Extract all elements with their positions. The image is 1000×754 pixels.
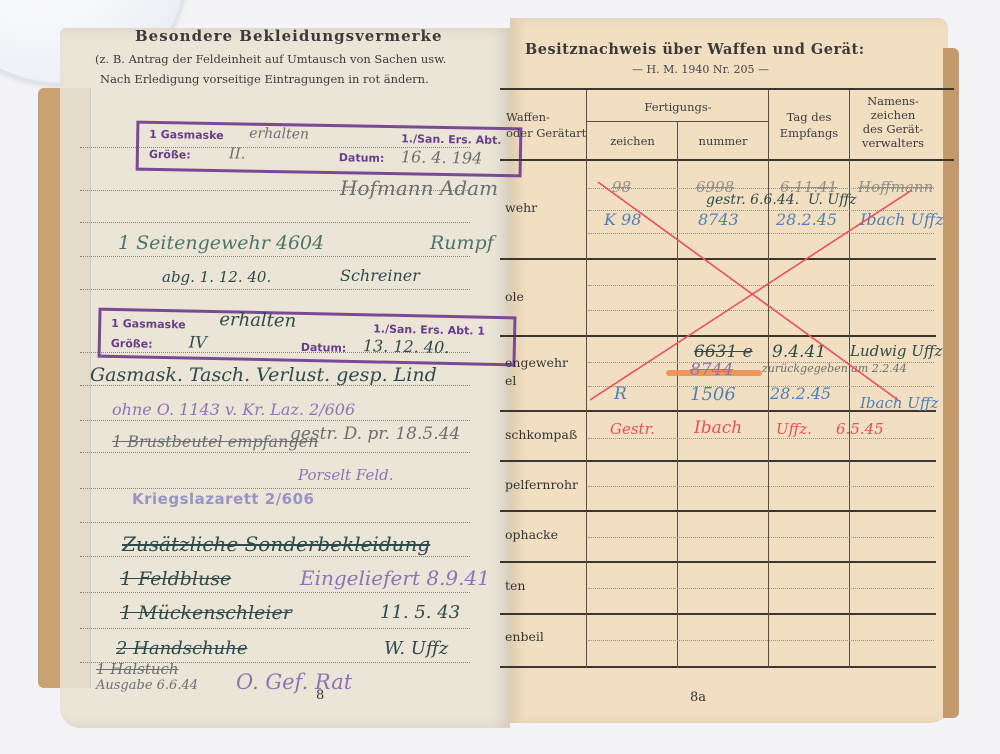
ruled-line bbox=[80, 256, 470, 257]
cell-nummer: Ibach bbox=[694, 418, 742, 438]
header-zeichen: zeichen bbox=[588, 134, 677, 148]
cell-nummer: 1506 bbox=[690, 384, 736, 405]
entry-item-3: 2 Handschuhe bbox=[116, 638, 247, 659]
dotted-line bbox=[588, 233, 934, 234]
stamp-date-label: Datum: bbox=[339, 151, 385, 165]
cell-namen: 6.5.45 bbox=[836, 420, 884, 438]
cell-nummer: 6631 e bbox=[694, 342, 753, 362]
row-divider bbox=[500, 460, 936, 462]
signature-hofmann: Hofmann Adam bbox=[340, 176, 498, 200]
row-divider bbox=[500, 613, 936, 615]
stamp-size-value: II. bbox=[229, 144, 246, 162]
cell-tag: 9.4.41 bbox=[772, 342, 826, 362]
header-waffenart-1: Waffen- bbox=[506, 110, 550, 124]
row-label-gewehr: wehr bbox=[505, 200, 537, 215]
left-page-number: 8 bbox=[316, 688, 324, 703]
ruled-line bbox=[80, 628, 470, 629]
row-divider bbox=[500, 335, 936, 337]
stamp-date-value: 16. 4. 194 bbox=[401, 147, 483, 167]
row-label-marschkompass: schkompaß bbox=[505, 427, 577, 442]
dotted-line bbox=[588, 386, 934, 387]
dotted-line bbox=[588, 486, 934, 487]
ruled-line bbox=[80, 289, 470, 290]
header-fertigungs: Fertigungs- bbox=[588, 100, 768, 114]
entry-zusaetzliche-sonderbekleidung: Zusätzliche Sonderbekleidung bbox=[122, 532, 430, 556]
entry-item-2-date: 11. 5. 43 bbox=[380, 602, 460, 623]
entry-item-1: 1 Feldbluse bbox=[120, 568, 231, 590]
dotted-line bbox=[588, 537, 934, 538]
ruled-line bbox=[80, 452, 470, 453]
ruled-line bbox=[80, 522, 470, 523]
right-page-subtitle: — H. M. 1940 Nr. 205 — bbox=[632, 63, 769, 76]
cell-zeichen: K 98 bbox=[604, 210, 641, 229]
entry-signature-porselt: Porselt Feld. bbox=[298, 466, 394, 484]
row-label-stiefel: el bbox=[505, 373, 516, 388]
gasmask-stamp-2: 1 Gasmaske erhalten 1./San. Ers. Abt. 1 … bbox=[98, 308, 517, 367]
stamp-unit: 1./San. Ers. Abt. 1 bbox=[373, 322, 485, 337]
entry-gasmask-tasche: Gasmask. Tasch. Verlust. gesp. Lind bbox=[90, 364, 437, 386]
stamp-item: 1 Gasmaske bbox=[111, 317, 186, 332]
page-block-edge bbox=[943, 48, 959, 718]
entry-seitengewehr: 1 Seitengewehr 4604 bbox=[118, 232, 324, 254]
cell-tag: Uffz. bbox=[776, 420, 812, 438]
entry-item-4: 1 Halstuch bbox=[96, 660, 179, 678]
cell-tag: 28.2.45 bbox=[770, 384, 831, 403]
entry-seitengewehr-signature: Rumpf bbox=[430, 232, 494, 254]
cell-nummer: 8743 bbox=[698, 210, 739, 229]
stamp-item-value: erhalten bbox=[249, 126, 309, 143]
dotted-line bbox=[588, 438, 934, 439]
cell-tag-zurueck: zurückgegeben am 2.2.44 bbox=[762, 362, 907, 375]
row-divider bbox=[500, 510, 936, 512]
row-divider bbox=[500, 561, 936, 563]
dotted-line bbox=[588, 285, 934, 286]
header-waffenart-2: oder Gerätart bbox=[506, 126, 586, 140]
stamp-date-label: Datum: bbox=[301, 341, 347, 355]
row-divider bbox=[500, 258, 936, 260]
cell-gestrichen: gestr. 6.6.44. bbox=[706, 192, 799, 208]
stamp-item: 1 Gasmaske bbox=[149, 128, 224, 142]
left-page-subtitle-1: (z. B. Antrag der Feldeinheit auf Umtaus… bbox=[95, 52, 446, 66]
column-divider bbox=[849, 90, 850, 668]
left-page-subtitle-2: Nach Erledigung vorseitige Eintragungen … bbox=[100, 72, 429, 86]
header-verwalters: verwalters bbox=[850, 136, 936, 150]
stamp-size-value: IV bbox=[189, 333, 207, 352]
cell-namen: Ludwig Uffz bbox=[850, 342, 942, 360]
column-divider bbox=[768, 90, 769, 668]
right-page-number: 8a bbox=[690, 690, 706, 705]
entry-seitengewehr-note-signature: Schreiner bbox=[340, 266, 420, 285]
entry-ohne-kr-laz: ohne O. 1143 v. Kr. Laz. 2/606 bbox=[112, 400, 355, 419]
row-label-schanzenbeil: enbeil bbox=[505, 629, 544, 644]
entry-item-4-signature: O. Gef. Rat bbox=[236, 670, 352, 694]
row-label-spaten: ten bbox=[505, 578, 525, 593]
header-nummer: nummer bbox=[678, 134, 768, 148]
entry-item-1-eingeliefert: Eingeliefert 8.9.41 bbox=[300, 566, 490, 590]
stamp-item-value: erhalten bbox=[219, 309, 296, 332]
entry-gestrichen: gestr. D. pr. 18.5.44 bbox=[290, 424, 460, 444]
cell-gestrichen-sig: U. Uffz bbox=[808, 192, 857, 208]
row-label-pistole: ole bbox=[505, 289, 524, 304]
cell-zeichen: R bbox=[614, 384, 627, 404]
cell-namen: Ibach Uffz bbox=[860, 210, 944, 229]
row-label-doppelfernrohr: pelfernrohr bbox=[505, 477, 578, 492]
dotted-line bbox=[588, 640, 934, 641]
ruled-line bbox=[80, 222, 470, 223]
kriegslazarett-stamp: Kriegslazarett 2/606 bbox=[132, 490, 314, 508]
entry-seitengewehr-note: abg. 1. 12. 40. bbox=[162, 268, 271, 286]
entry-brustbeutel-struck: 1 Brustbeutel empfangen bbox=[112, 432, 318, 451]
header-zeichen-2: zeichen bbox=[850, 108, 936, 122]
stamp-unit: 1./San. Ers. Abt. bbox=[401, 132, 502, 147]
gasmask-stamp-1: 1 Gasmaske erhalten 1./San. Ers. Abt. Gr… bbox=[136, 121, 523, 178]
ruled-line bbox=[80, 420, 470, 421]
stamp-size-label: Größe: bbox=[149, 148, 191, 162]
header-tag-des: Tag des bbox=[769, 110, 849, 124]
header-namens: Namens- bbox=[850, 94, 936, 108]
ruled-line bbox=[80, 556, 470, 557]
entry-item-3-signature: W. Uffz bbox=[384, 638, 448, 659]
dotted-line bbox=[588, 310, 934, 311]
cell-namen: Hoffmann bbox=[858, 178, 933, 196]
right-page-title: Besitznachweis über Waffen und Gerät: bbox=[525, 41, 865, 58]
cell-zeichen: 98 bbox=[612, 178, 631, 196]
table-top-border bbox=[500, 88, 954, 90]
row-label-kreuzhacke: ophacke bbox=[505, 527, 558, 542]
left-page-title: Besondere Bekleidungsvermerke bbox=[135, 27, 442, 45]
cell-nummer: 8744 bbox=[690, 360, 733, 380]
stamp-size-label: Größe: bbox=[111, 337, 153, 351]
cell-zeichen: Gestr. bbox=[610, 420, 655, 438]
row-label-seitengewehr: engewehr bbox=[505, 355, 568, 370]
stamp-date-value: 13. 12. 40. bbox=[363, 336, 450, 357]
entry-item-2: 1 Mückenschleier bbox=[120, 602, 292, 624]
header-des-geraet: des Gerät- bbox=[850, 122, 936, 136]
ruled-line bbox=[80, 488, 470, 489]
table-bottom-border bbox=[500, 666, 936, 668]
cell-namen: Ibach Uffz bbox=[860, 394, 938, 412]
column-divider bbox=[677, 122, 678, 668]
header-empfangs: Empfangs bbox=[769, 126, 849, 140]
header-bottom-border bbox=[500, 159, 954, 161]
ruled-line bbox=[80, 592, 470, 593]
column-divider bbox=[586, 90, 587, 668]
entry-item-4-note: Ausgabe 6.6.44 bbox=[96, 678, 198, 693]
cell-tag: 28.2.45 bbox=[776, 210, 837, 229]
dotted-line bbox=[588, 588, 934, 589]
